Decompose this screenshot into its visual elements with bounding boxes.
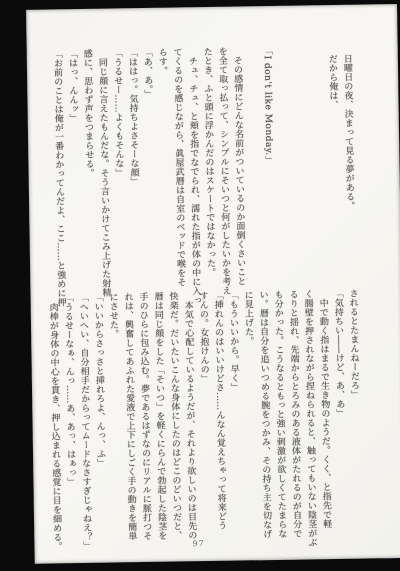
text-line: 「I don't like Monday.」 <box>259 46 278 298</box>
upper-text-block: 日曜日の夜、決まって見る夢がある。 だから俺は、「I don't like Mo… <box>49 45 358 302</box>
paper-sheet: 日曜日の夜、決まって見る夢がある。 だから俺は、「I don't like Mo… <box>26 4 400 564</box>
lower-text-block: されるとたまんねーだろ」「気持ちい――けど、あ、あ」 中で動く指はまるで生き物の… <box>45 289 364 550</box>
scanned-page: 日曜日の夜、決まって見る夢がある。 だから俺は、「I don't like Mo… <box>0 0 400 571</box>
page-number: 97 <box>192 539 204 548</box>
